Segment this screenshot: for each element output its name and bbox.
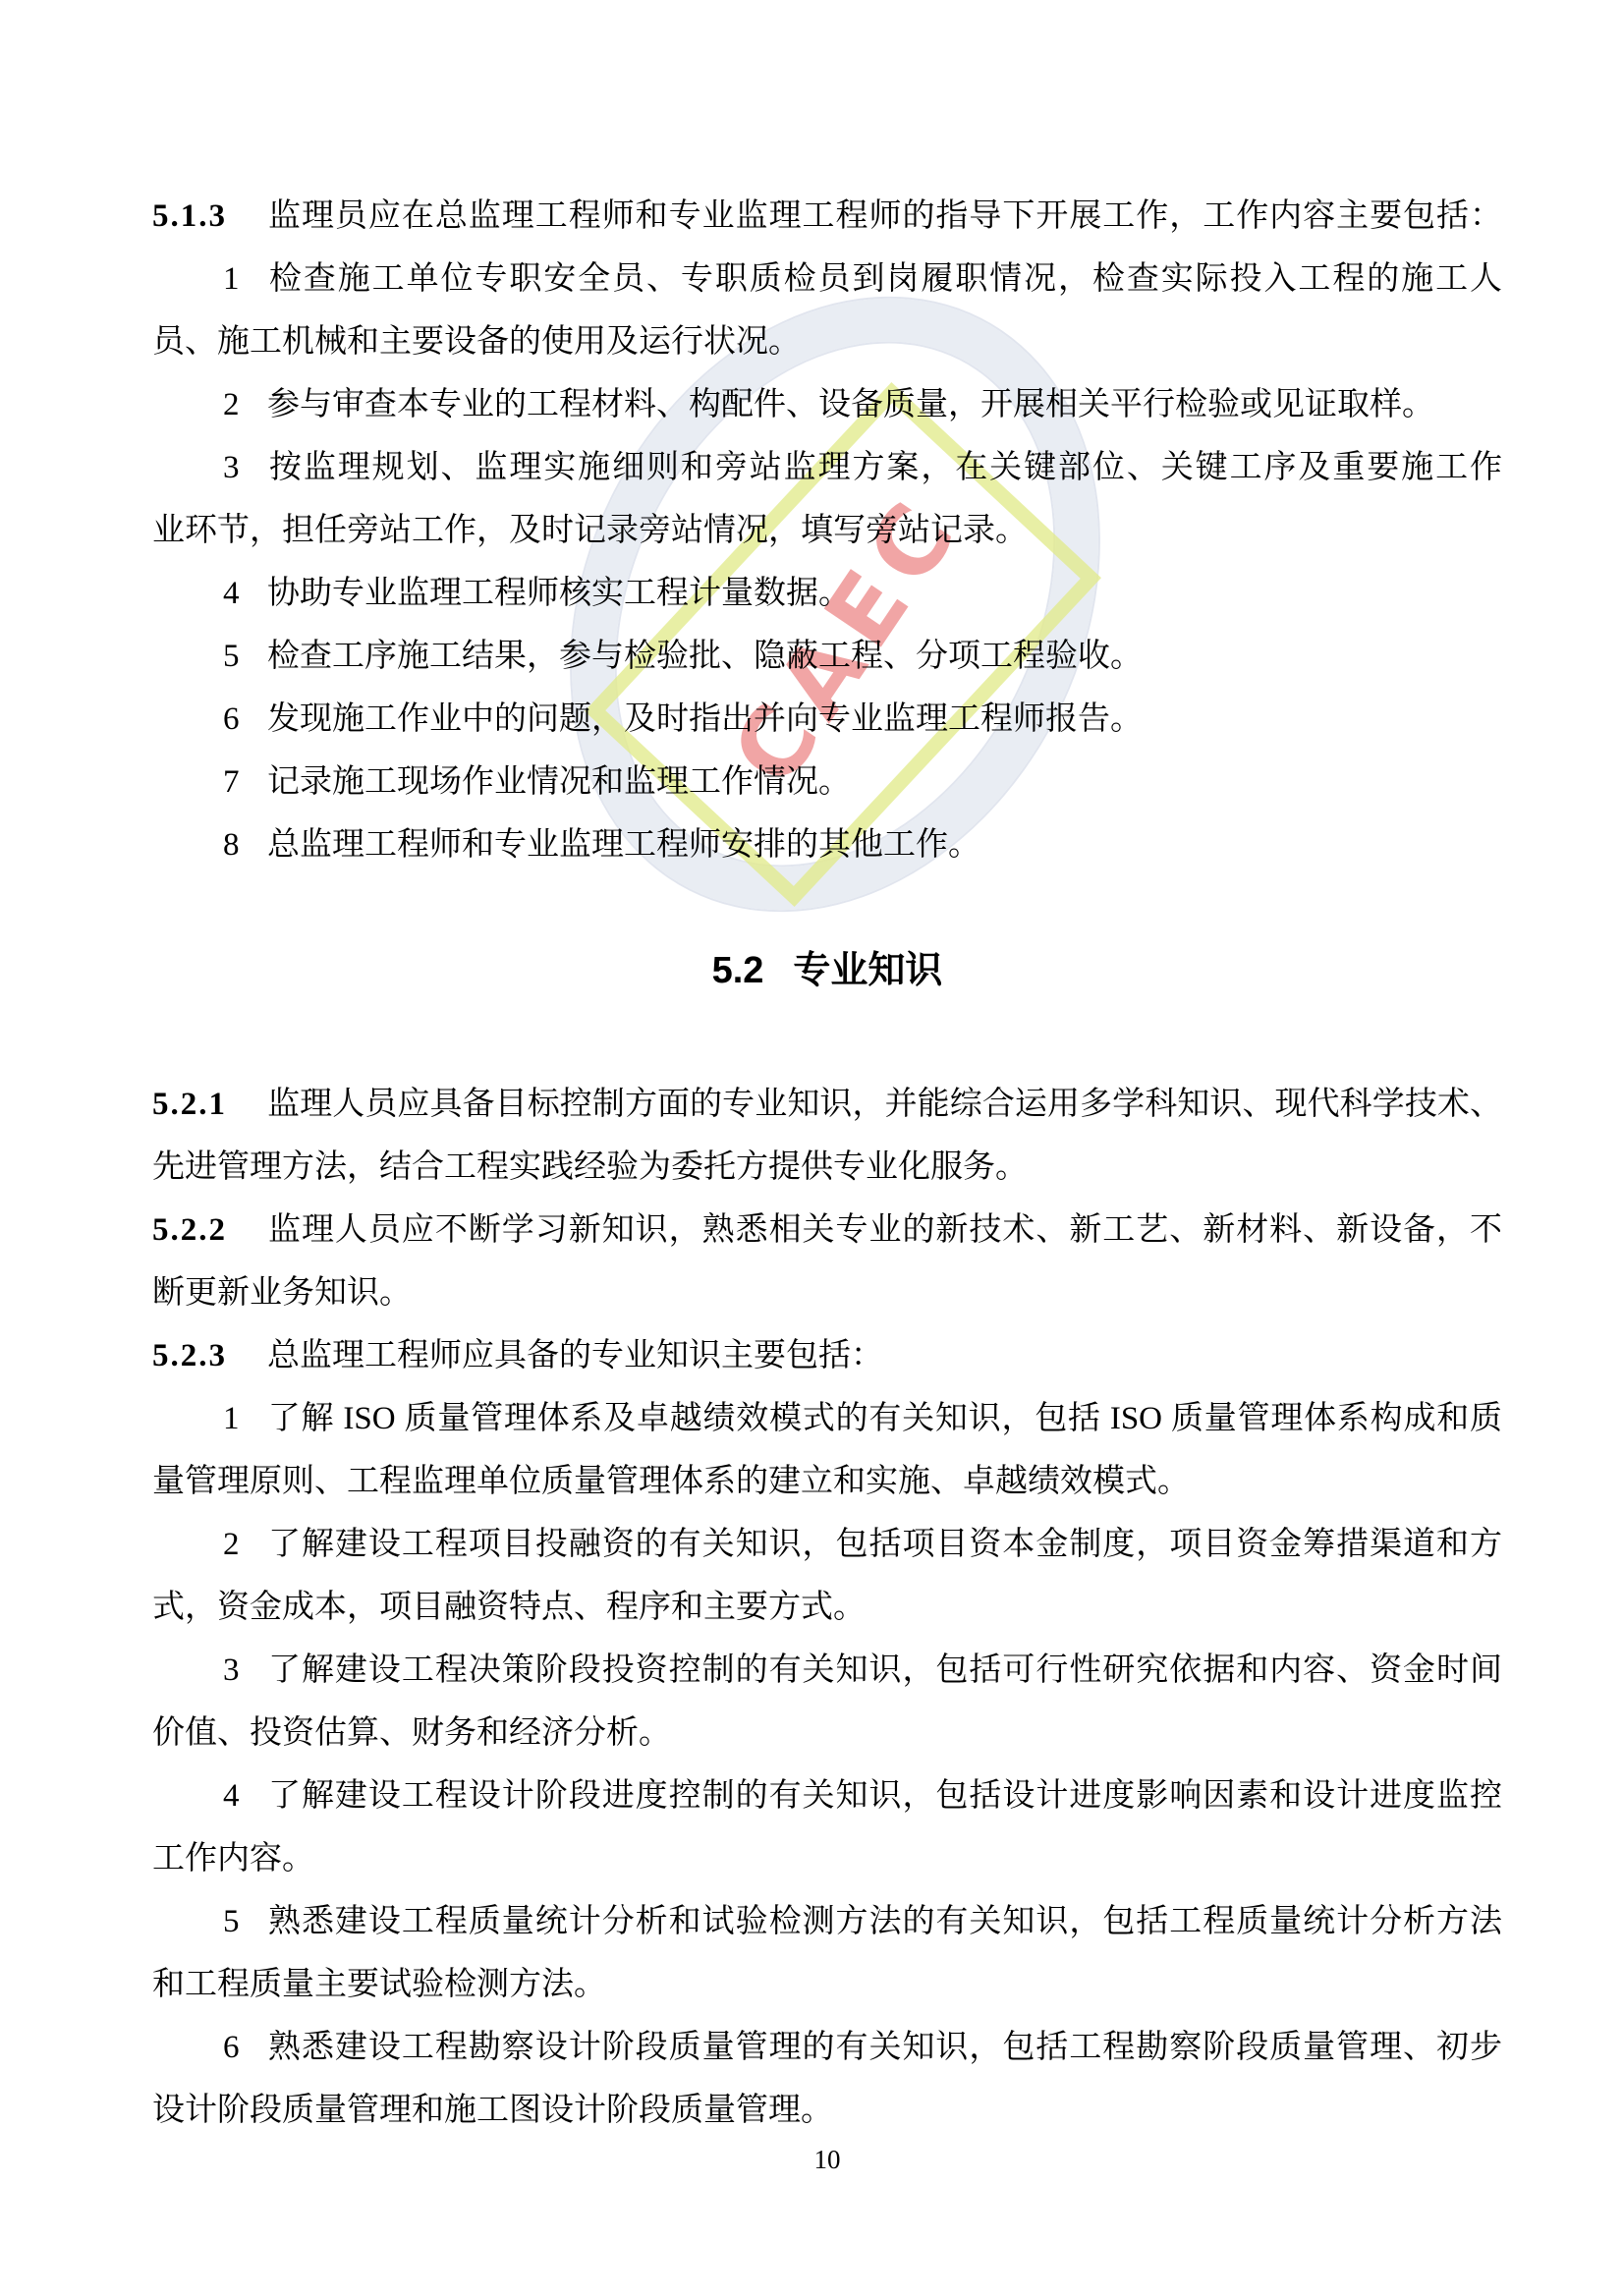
clause-number: 5.2.2 [152, 1199, 267, 1261]
text-line: 5.2.1监理人员应具备目标控制方面的专业知识，并能综合运用多学科知识、现代科学… [152, 1073, 1502, 1136]
line-text: 价值、投资估算、财务和经济分析。 [152, 1715, 671, 1751]
item-number: 2 [223, 1513, 267, 1576]
text-line: 4了解建设工程设计阶段进度控制的有关知识，包括设计进度影响因素和设计进度监控 [152, 1764, 1502, 1827]
text-line: 5.1.3监理员应在总监理工程师和专业监理工程师的指导下开展工作，工作内容主要包… [152, 185, 1502, 248]
line-text: 先进管理方法，结合工程实践经验为委托方提供专业化服务。 [152, 1149, 1028, 1185]
heading-number: 5.2 [712, 950, 764, 991]
text-line: 3了解建设工程决策阶段投资控制的有关知识，包括可行性研究依据和内容、资金时间 [152, 1639, 1502, 1702]
text-line: 员、施工机械和主要设备的使用及运行状况。 [152, 310, 1502, 373]
clause-number: 5.1.3 [152, 185, 267, 248]
line-text: 熟悉建设工程质量统计分析和试验检测方法的有关知识，包括工程质量统计分析方法 [267, 1904, 1502, 1939]
line-text: 检查施工单位专职安全员、专职质检员到岗履职情况，检查实际投入工程的施工人 [267, 261, 1502, 297]
section-5-2: 5.2.1监理人员应具备目标控制方面的专业知识，并能综合运用多学科知识、现代科学… [152, 1073, 1502, 2142]
text-line: 断更新业务知识。 [152, 1261, 1502, 1324]
line-text: 了解 ISO 质量管理体系及卓越绩效模式的有关知识，包括 ISO 质量管理体系构… [267, 1401, 1502, 1436]
item-number: 2 [223, 373, 267, 436]
text-line: 5.2.3总监理工程师应具备的专业知识主要包括： [152, 1324, 1502, 1387]
text-line: 8总监理工程师和专业监理工程师安排的其他工作。 [152, 813, 1502, 876]
line-text: 了解建设工程决策阶段投资控制的有关知识，包括可行性研究依据和内容、资金时间 [267, 1652, 1502, 1688]
line-text: 总监理工程师应具备的专业知识主要包括： [267, 1338, 883, 1373]
item-number: 1 [223, 1387, 267, 1450]
item-number: 1 [223, 248, 267, 310]
item-number: 5 [223, 625, 267, 688]
document-content: 5.1.3监理员应在总监理工程师和专业监理工程师的指导下开展工作，工作内容主要包… [152, 185, 1502, 2177]
item-number: 4 [223, 562, 267, 625]
clause-number: 5.2.3 [152, 1324, 267, 1387]
line-text: 了解建设工程设计阶段进度控制的有关知识，包括设计进度影响因素和设计进度监控 [267, 1778, 1502, 1814]
text-line: 先进管理方法，结合工程实践经验为委托方提供专业化服务。 [152, 1136, 1502, 1199]
item-number: 6 [223, 688, 267, 751]
line-text: 设计阶段质量管理和施工图设计阶段质量管理。 [152, 2093, 833, 2128]
text-line: 价值、投资估算、财务和经济分析。 [152, 1702, 1502, 1764]
line-text: 协助专业监理工程师核实工程计量数据。 [267, 576, 851, 611]
text-line: 和工程质量主要试验检测方法。 [152, 1953, 1502, 2016]
item-number: 6 [223, 2016, 267, 2079]
item-number: 3 [223, 1639, 267, 1702]
line-text: 量管理原则、工程监理单位质量管理体系的建立和实施、卓越绩效模式。 [152, 1464, 1190, 1499]
item-number: 5 [223, 1890, 267, 1953]
text-line: 6熟悉建设工程勘察设计阶段质量管理的有关知识，包括工程勘察阶段质量管理、初步 [152, 2016, 1502, 2079]
item-number: 7 [223, 751, 267, 813]
page-number: 10 [152, 2142, 1502, 2177]
line-text: 熟悉建设工程勘察设计阶段质量管理的有关知识，包括工程勘察阶段质量管理、初步 [267, 2030, 1502, 2065]
text-line: 1了解 ISO 质量管理体系及卓越绩效模式的有关知识，包括 ISO 质量管理体系… [152, 1387, 1502, 1450]
line-text: 式，资金成本，项目融资特点、程序和主要方式。 [152, 1590, 866, 1625]
line-text: 发现施工作业中的问题，及时指出并向专业监理工程师报告。 [267, 701, 1143, 737]
clause-number: 5.2.1 [152, 1073, 267, 1136]
text-line: 2参与审查本专业的工程材料、构配件、设备质量，开展相关平行检验或见证取样。 [152, 373, 1502, 436]
line-text: 业环节，担任旁站工作，及时记录旁站情况，填写旁站记录。 [152, 513, 1028, 548]
item-number: 3 [223, 436, 267, 499]
text-line: 5检查工序施工结果，参与检验批、隐蔽工程、分项工程验收。 [152, 625, 1502, 688]
text-line: 4协助专业监理工程师核实工程计量数据。 [152, 562, 1502, 625]
section-heading: 5.2专业知识 [152, 939, 1502, 1002]
line-text: 员、施工机械和主要设备的使用及运行状况。 [152, 324, 801, 360]
line-text: 监理人员应具备目标控制方面的专业知识，并能综合运用多学科知识、现代科学技术、 [267, 1087, 1502, 1122]
text-line: 7记录施工现场作业情况和监理工作情况。 [152, 751, 1502, 813]
line-text: 总监理工程师和专业监理工程师安排的其他工作。 [267, 827, 980, 863]
text-line: 1检查施工单位专职安全员、专职质检员到岗履职情况，检查实际投入工程的施工人 [152, 248, 1502, 310]
line-text: 检查工序施工结果，参与检验批、隐蔽工程、分项工程验收。 [267, 639, 1143, 674]
text-line: 3按监理规划、监理实施细则和旁站监理方案，在关键部位、关键工序及重要施工作 [152, 436, 1502, 499]
document-page: CAEC 5.1.3监理员应在总监理工程师和专业监理工程师的指导下开展工作，工作… [0, 0, 1623, 2296]
text-line: 5.2.2监理人员应不断学习新知识，熟悉相关专业的新技术、新工艺、新材料、新设备… [152, 1199, 1502, 1261]
text-line: 量管理原则、工程监理单位质量管理体系的建立和实施、卓越绩效模式。 [152, 1450, 1502, 1513]
text-line: 2了解建设工程项目投融资的有关知识，包括项目资本金制度，项目资金筹措渠道和方 [152, 1513, 1502, 1576]
text-line: 6发现施工作业中的问题，及时指出并向专业监理工程师报告。 [152, 688, 1502, 751]
line-text: 监理员应在总监理工程师和专业监理工程师的指导下开展工作，工作内容主要包括： [267, 198, 1502, 234]
line-text: 记录施工现场作业情况和监理工作情况。 [267, 764, 851, 800]
text-line: 式，资金成本，项目融资特点、程序和主要方式。 [152, 1576, 1502, 1639]
item-number: 8 [223, 813, 267, 876]
text-line: 业环节，担任旁站工作，及时记录旁站情况，填写旁站记录。 [152, 499, 1502, 562]
line-text: 和工程质量主要试验检测方法。 [152, 1967, 606, 2002]
text-line: 设计阶段质量管理和施工图设计阶段质量管理。 [152, 2079, 1502, 2142]
line-text: 按监理规划、监理实施细则和旁站监理方案，在关键部位、关键工序及重要施工作 [267, 450, 1502, 485]
line-text: 监理人员应不断学习新知识，熟悉相关专业的新技术、新工艺、新材料、新设备，不 [267, 1212, 1502, 1248]
text-line: 工作内容。 [152, 1827, 1502, 1890]
heading-title: 专业知识 [793, 950, 942, 991]
line-text: 工作内容。 [152, 1841, 314, 1876]
line-text: 参与审查本专业的工程材料、构配件、设备质量，开展相关平行检验或见证取样。 [267, 387, 1434, 422]
section-5-1-3: 5.1.3监理员应在总监理工程师和专业监理工程师的指导下开展工作，工作内容主要包… [152, 185, 1502, 876]
item-number: 4 [223, 1764, 267, 1827]
line-text: 了解建设工程项目投融资的有关知识，包括项目资本金制度，项目资金筹措渠道和方 [267, 1527, 1502, 1562]
text-line: 5熟悉建设工程质量统计分析和试验检测方法的有关知识，包括工程质量统计分析方法 [152, 1890, 1502, 1953]
line-text: 断更新业务知识。 [152, 1275, 412, 1311]
